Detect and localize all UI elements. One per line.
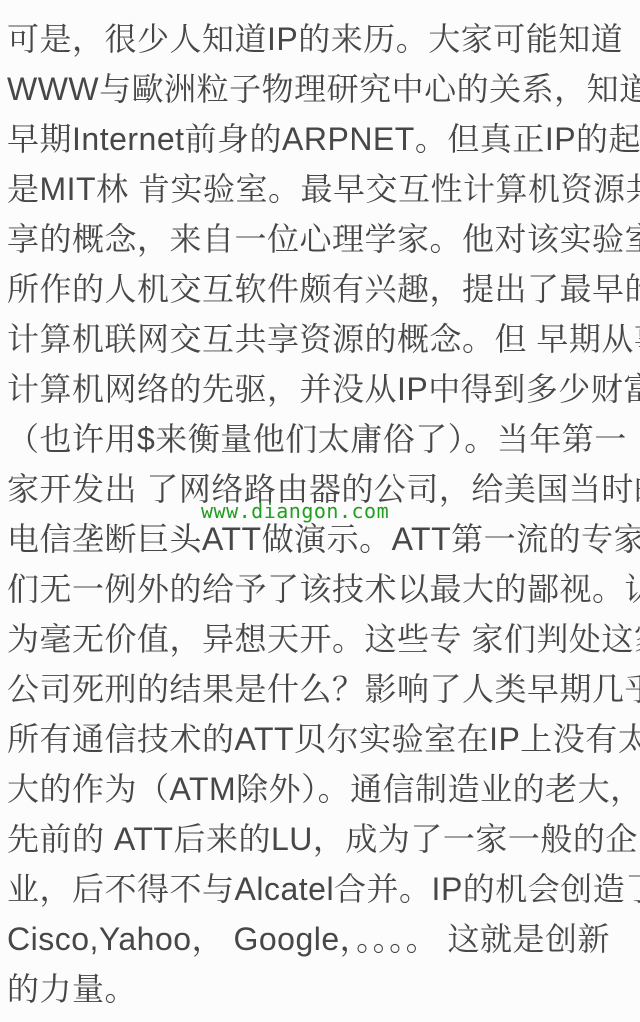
text-line: 的力量。	[7, 964, 637, 1014]
text-line: 可是，很少人知道IP的来历。大家可能知道	[7, 14, 637, 64]
text-line: 为毫无价值，异想天开。这些专 家们判处这家	[7, 614, 637, 664]
text-line: 先前的 ATT后来的LU，成为了一家一般的企	[7, 814, 637, 864]
text-line: WWW与歐洲粒子物理研究中心的关系，知道	[7, 64, 637, 114]
text-line: 计算机网络的先驱，并没从IP中得到多少财富	[7, 364, 637, 414]
text-line: 是MIT林 肯实验室。最早交互性计算机资源共	[7, 164, 637, 214]
text-line: 早期Internet前身的ARPNET。但真正IP的起源	[7, 114, 637, 164]
text-line: 公司死刑的结果是什么？影响了人类早期几乎	[7, 664, 637, 714]
text-line: 享的概念，来自一位心理学家。他对该实验室	[7, 214, 637, 264]
text-line: 业，后不得不与Alcatel合并。IP的机会创造了	[7, 864, 637, 914]
text-line: Cisco,Yahoo， Google，。。。。 这就是创新	[7, 914, 637, 964]
site-watermark: www.diangon.com	[201, 500, 389, 522]
text-line: 计算机联网交互共享资源的概念。但 早期从事	[7, 314, 637, 364]
text-line: 大的作为（ATM除外）。通信制造业的老大，	[7, 764, 637, 814]
text-line: 所作的人机交互软件颇有兴趣，提出了最早的	[7, 264, 637, 314]
text-line: 所有通信技术的ATT贝尔实验室在IP上没有太	[7, 714, 637, 764]
text-line: 们无一例外的给予了该技术以最大的鄙视。认	[7, 564, 637, 614]
text-line: （也许用$来衡量他们太庸俗了）。当年第一	[7, 414, 637, 464]
